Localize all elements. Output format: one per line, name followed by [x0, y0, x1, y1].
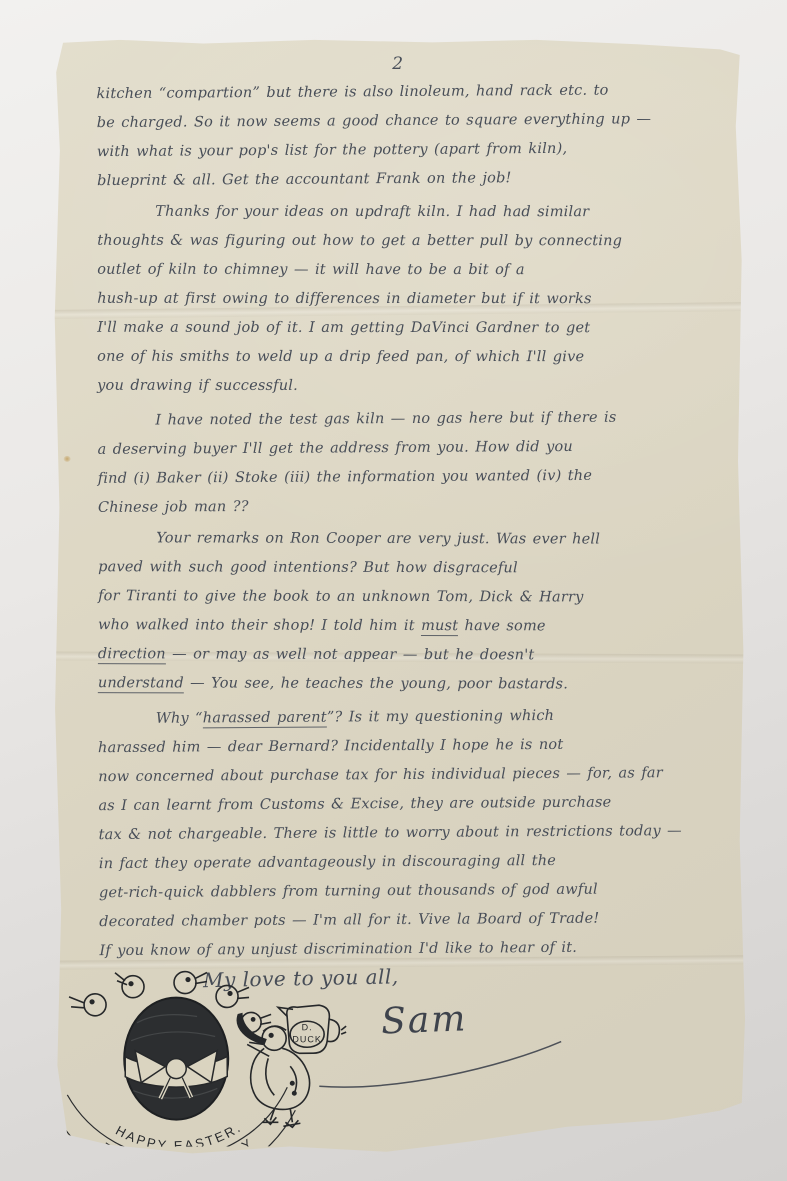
letter-line: now concerned about purchase tax for his…: [98, 759, 714, 792]
letter-line: If you know of any unjust discrimination…: [99, 933, 715, 966]
letter-line: in fact they operate advantageously in d…: [99, 846, 715, 879]
letter-line: get-rich-quick dabblers from turning out…: [99, 875, 715, 908]
page-number: 2: [392, 54, 403, 74]
letter-line: you drawing if successful.: [97, 372, 713, 402]
paragraph: kitchen “compartion” but there is also l…: [96, 76, 713, 196]
letter-line: kitchen “compartion” but there is also l…: [96, 76, 712, 109]
letter-line: thoughts & was figuring out how to get a…: [97, 227, 713, 257]
letter-line: blueprint & all. Get the accountant Fran…: [97, 163, 713, 196]
letter-line: who walked into their shop! I told him i…: [98, 611, 714, 642]
letter-line: one of his smiths to weld up a drip feed…: [97, 343, 713, 373]
letter-page: 2 kitchen “compartion” but there is also…: [51, 37, 748, 1155]
letter-line: a deserving buyer I'll get the address f…: [97, 432, 713, 465]
letter-line: I have noted the test gas kiln — no gas …: [97, 403, 713, 436]
letter-line: find (i) Baker (ii) Stoke (iii) the info…: [98, 461, 714, 494]
letter-line: harassed him — dear Bernard? Incidentall…: [98, 730, 714, 763]
letter-line: outlet of kiln to chimney — it will have…: [97, 256, 713, 286]
duck-foot-icon: [283, 1109, 300, 1127]
egg-caption-happy-easter: HAPPY EASTER.: [113, 1119, 245, 1147]
letter-line: as I can learnt from Customs & Excise, t…: [98, 788, 714, 821]
letter-line: paved with such good intentions? But how…: [98, 553, 714, 584]
letter-line: Why “harassed parent”? Is it my question…: [98, 701, 714, 734]
letter-line: direction — or may as well not appear — …: [98, 640, 714, 671]
letter-line: I'll make a sound job of it. I am gettin…: [97, 314, 713, 344]
duck-foot-icon: [262, 1109, 278, 1124]
letter-line: hush-up at first owing to differences in…: [97, 285, 713, 315]
paper-stain: [64, 456, 71, 462]
duck-body-icon: [251, 1048, 310, 1109]
duck-drawing: D. DUCK: [233, 996, 351, 1136]
letter-line: tax & not chargeable. There is little to…: [99, 817, 715, 850]
letter-line: with what is your pop's list for the pot…: [97, 134, 713, 167]
letter-body: kitchen “compartion” but there is also l…: [97, 77, 715, 969]
letter-line: understand — You see, he teaches the you…: [98, 669, 714, 700]
jug-label-d: D.: [302, 1022, 313, 1032]
signature-flourish: [315, 1036, 565, 1093]
jug-label-duck: DUCK: [292, 1034, 322, 1044]
paragraph: I have noted the test gas kiln — no gas …: [97, 403, 714, 523]
letter-line: decorated chamber pots — I'm all for it.…: [99, 904, 715, 937]
letter-line: be charged. So it now seems a good chanc…: [97, 105, 713, 138]
letter-line: Chinese job man ??: [98, 490, 714, 523]
letter-line: Your remarks on Ron Cooper are very just…: [98, 524, 714, 555]
paragraph: Why “harassed parent”? Is it my question…: [98, 701, 716, 966]
letter-line: for Tiranti to give the book to an unkno…: [98, 582, 714, 613]
letter-line: Thanks for your ideas on updraft kiln. I…: [97, 198, 713, 228]
easter-egg-icon: [124, 997, 228, 1119]
paragraph: Your remarks on Ron Cooper are very just…: [98, 524, 714, 700]
paragraph: Thanks for your ideas on updraft kiln. I…: [97, 198, 713, 402]
